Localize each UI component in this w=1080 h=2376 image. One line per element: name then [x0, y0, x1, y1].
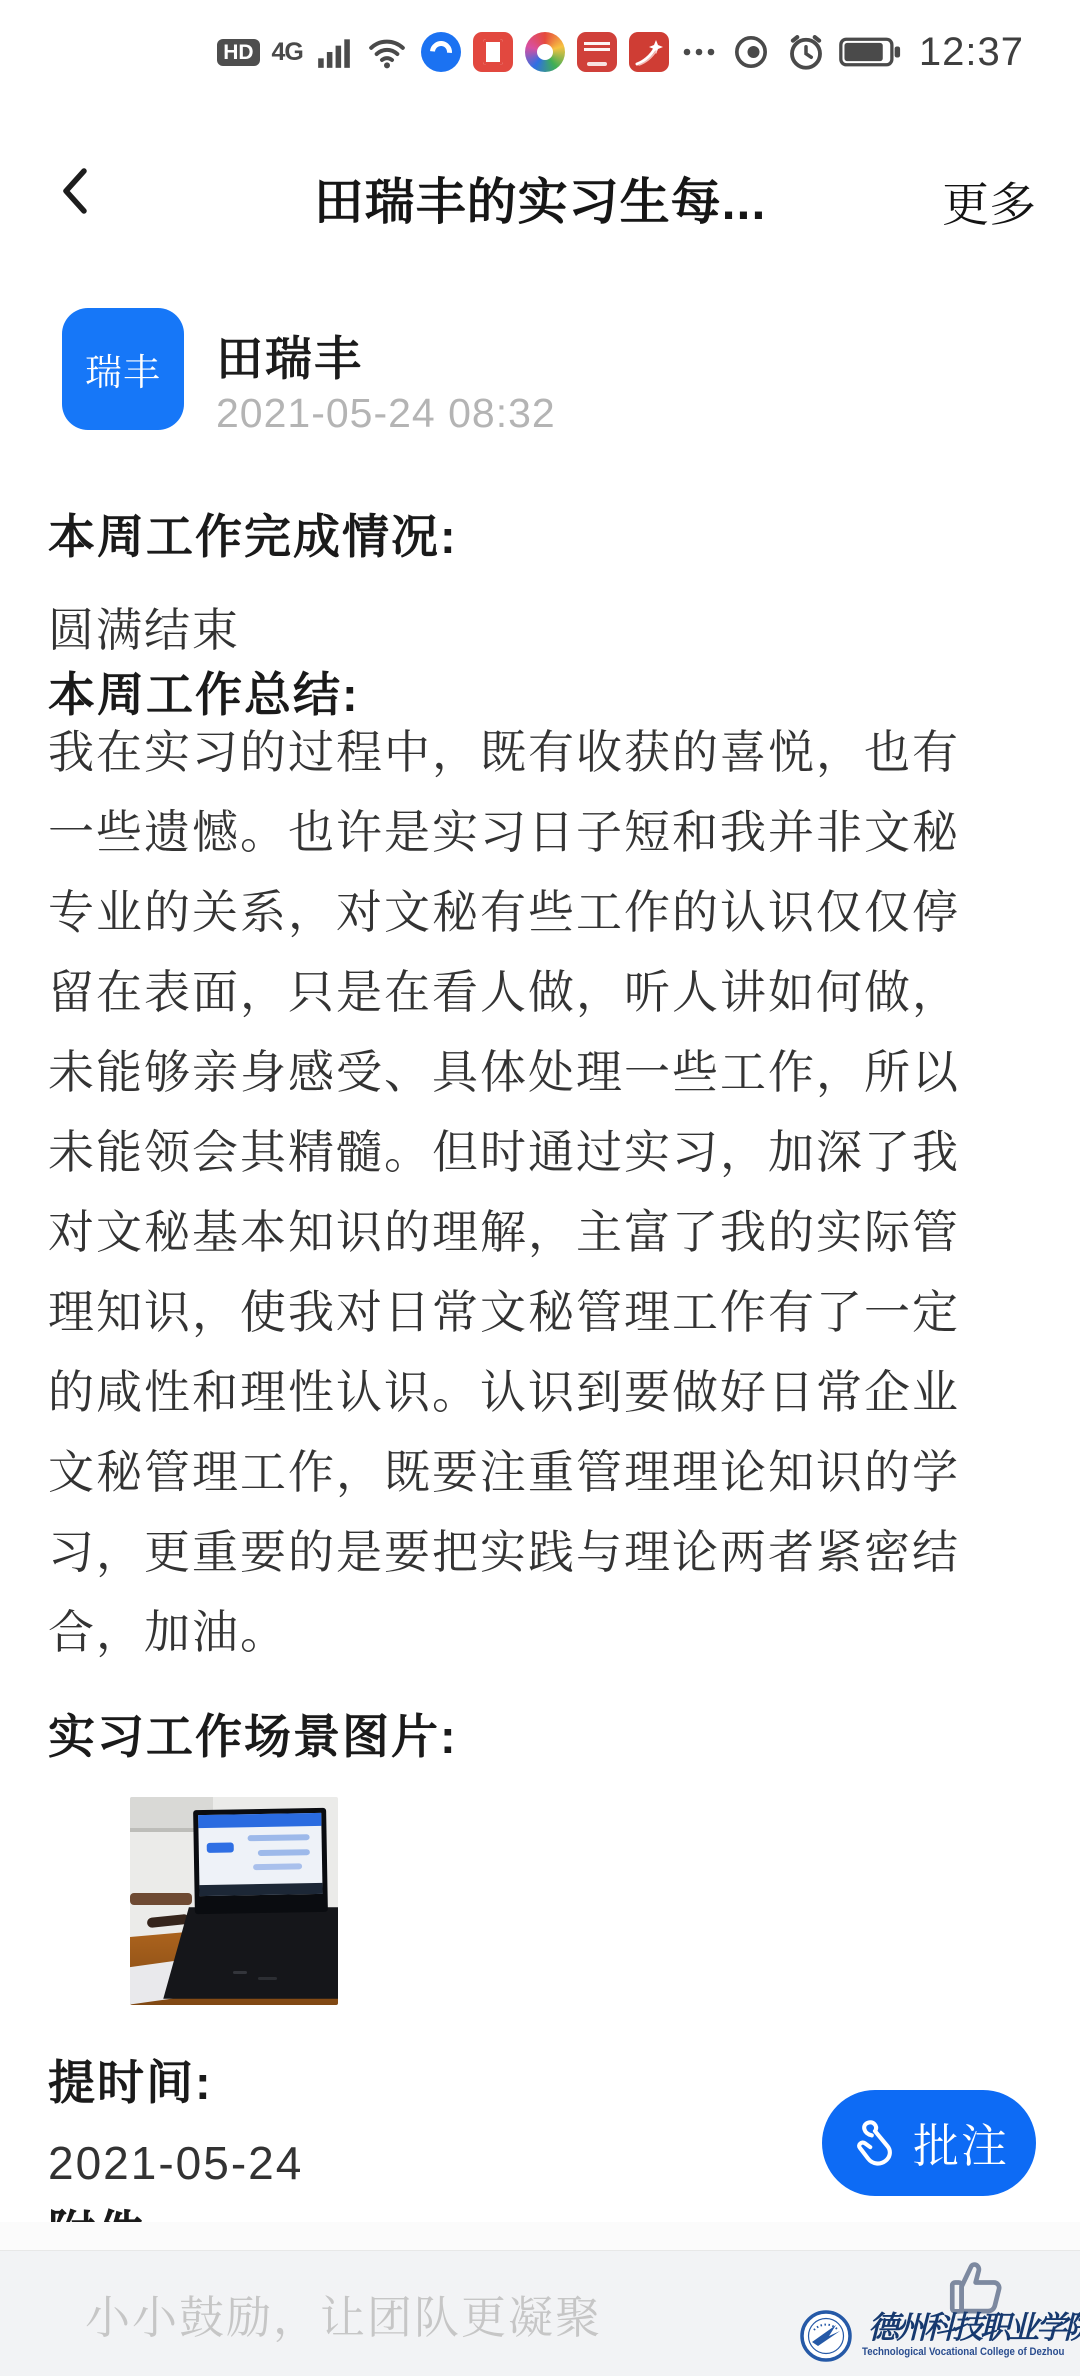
more-dots-icon: [681, 34, 717, 70]
submit-time-label: 提时间:: [48, 2046, 213, 2113]
page-title: 田瑞丰的实习生每...: [0, 162, 1080, 234]
summary-paragraph: 我在实习的过程中，既有收获的喜悦，也有 一些遗憾。也许是实习日子短和我并非文秘 …: [48, 712, 1048, 1672]
hd-badge-icon: HD: [217, 39, 259, 66]
battery-icon: [839, 35, 901, 69]
app-red-comet-icon: [629, 32, 669, 72]
more-button[interactable]: 更多: [942, 168, 1036, 235]
work-scene-photo[interactable]: [130, 1797, 338, 2005]
app-blue-circle-icon: [421, 32, 461, 72]
eye-protection-icon: [729, 32, 773, 72]
photo-laptop-screen: [194, 1808, 329, 1914]
section-label-photos: 实习工作场景图片:: [48, 1700, 458, 1767]
thumbs-up-icon[interactable]: [944, 2255, 1010, 2321]
annotate-hand-icon: [849, 2117, 901, 2169]
submit-time-value: 2021-05-24: [48, 2136, 303, 2190]
avatar[interactable]: 瑞丰: [62, 308, 184, 430]
alarm-clock-icon: [785, 31, 827, 73]
author-name: 田瑞丰: [216, 322, 363, 389]
signal-bars-icon: [315, 33, 353, 71]
clock-time: 12:37: [919, 30, 1024, 75]
app-pinwheel-icon: [525, 32, 565, 72]
annotate-button[interactable]: 批注: [822, 2090, 1036, 2196]
app-red-square-icon: [577, 32, 617, 72]
photo-shelf: [130, 1893, 192, 1905]
comment-bar: 小小鼓励，让团队更凝聚: [0, 2250, 1080, 2376]
report-timestamp: 2021-05-24 08:32: [216, 390, 556, 437]
section-label-completion: 本周工作完成情况:: [48, 500, 458, 567]
photo-cable: [146, 1913, 188, 1928]
encourage-input[interactable]: 小小鼓励，让团队更凝聚: [85, 2281, 602, 2346]
content-fade: [0, 2222, 1080, 2250]
completion-value: 圆满结束: [48, 594, 240, 660]
photo-laptop-base: [163, 1907, 338, 1999]
app-red-book-icon: [473, 32, 513, 72]
network-type-label: 4G: [272, 38, 303, 67]
app-screen: HD 4G: [0, 0, 1080, 2376]
status-bar: HD 4G: [0, 26, 1024, 78]
annotate-button-label: 批注: [913, 2110, 1009, 2176]
wifi-icon: [365, 32, 409, 72]
